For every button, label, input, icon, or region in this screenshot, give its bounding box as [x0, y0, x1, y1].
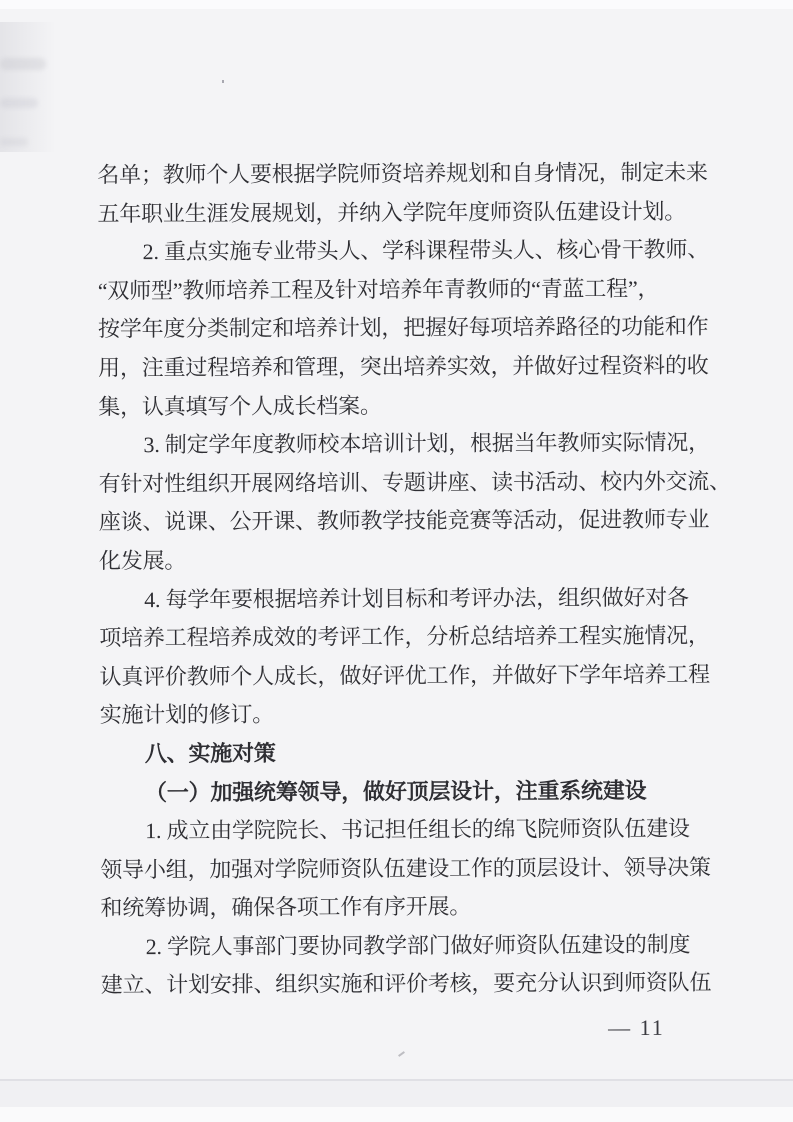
text-line: 和统筹协调，确保各项工作有序开展。	[100, 887, 720, 928]
text-line: 1. 成立由学院院长、书记担任组长的绵飞院师资队伍建设	[100, 810, 720, 851]
text-line: 2. 学院人事部门要协同教学部门做好师资队伍建设的制度	[101, 925, 721, 966]
text-line: 4. 每学年要根据培养计划目标和考评办法，组织做好对各	[99, 578, 719, 619]
document-sheet: 名单；教师个人要根据学院师资培养规划和自身情况，制定未来五年职业生涯发展规划，并…	[0, 0, 793, 1122]
scanned-document-page: 名单；教师个人要根据学院师资培养规划和自身情况，制定未来五年职业生涯发展规划，并…	[0, 0, 793, 1122]
text-line: 化发展。	[99, 540, 719, 581]
page-number: — 11	[608, 1015, 665, 1041]
text-line: 认真评价教师个人成长，做好评优工作，并做好下学年培养工程	[99, 655, 719, 696]
text-line: “双师型”教师培养工程及针对培养年青教师的“青蓝工程”，	[98, 269, 718, 310]
text-line: 实施计划的修订。	[100, 694, 720, 735]
text-line: 按学年度分类制定和培养计划，把握好每项培养路径的功能和作	[98, 308, 718, 349]
text-line: 有针对性组织开展网络培训、专题讲座、读书活动、校内外交流、	[99, 462, 719, 503]
text-line: 项培养工程培养成效的考评工作，分析总结培养工程实施情况，	[99, 617, 719, 658]
text-line: 建立、计划安排、组织实施和评价考核，要充分认识到师资队伍	[101, 964, 721, 1005]
text-line: 2. 重点实施专业带头人、学科课程带头人、核心骨干教师、	[98, 231, 718, 272]
document-body: 名单；教师个人要根据学院师资培养规划和自身情况，制定未来五年职业生涯发展规划，并…	[97, 154, 721, 1006]
text-line: 八、实施对策	[100, 732, 720, 773]
text-line: 座谈、说课、公开课、教师教学技能竞赛等活动，促进教师专业	[99, 501, 719, 542]
text-line: （一）加强统筹领导，做好顶层设计，注重系统建设	[100, 771, 720, 812]
text-line: 用，注重过程培养和管理，突出培养实效，并做好过程资料的收	[98, 347, 718, 388]
text-line: 五年职业生涯发展规划，并纳入学院年度师资队伍建设计划。	[97, 192, 717, 233]
text-line: 领导小组，加强对学院师资队伍建设工作的顶层设计、领导决策	[100, 848, 720, 889]
text-line: 集，认真填写个人成长档案。	[98, 385, 718, 426]
text-line: 3. 制定学年度教师校本培训计划，根据当年教师实际情况，	[98, 424, 718, 465]
text-line: 名单；教师个人要根据学院师资培养规划和自身情况，制定未来	[97, 154, 717, 195]
